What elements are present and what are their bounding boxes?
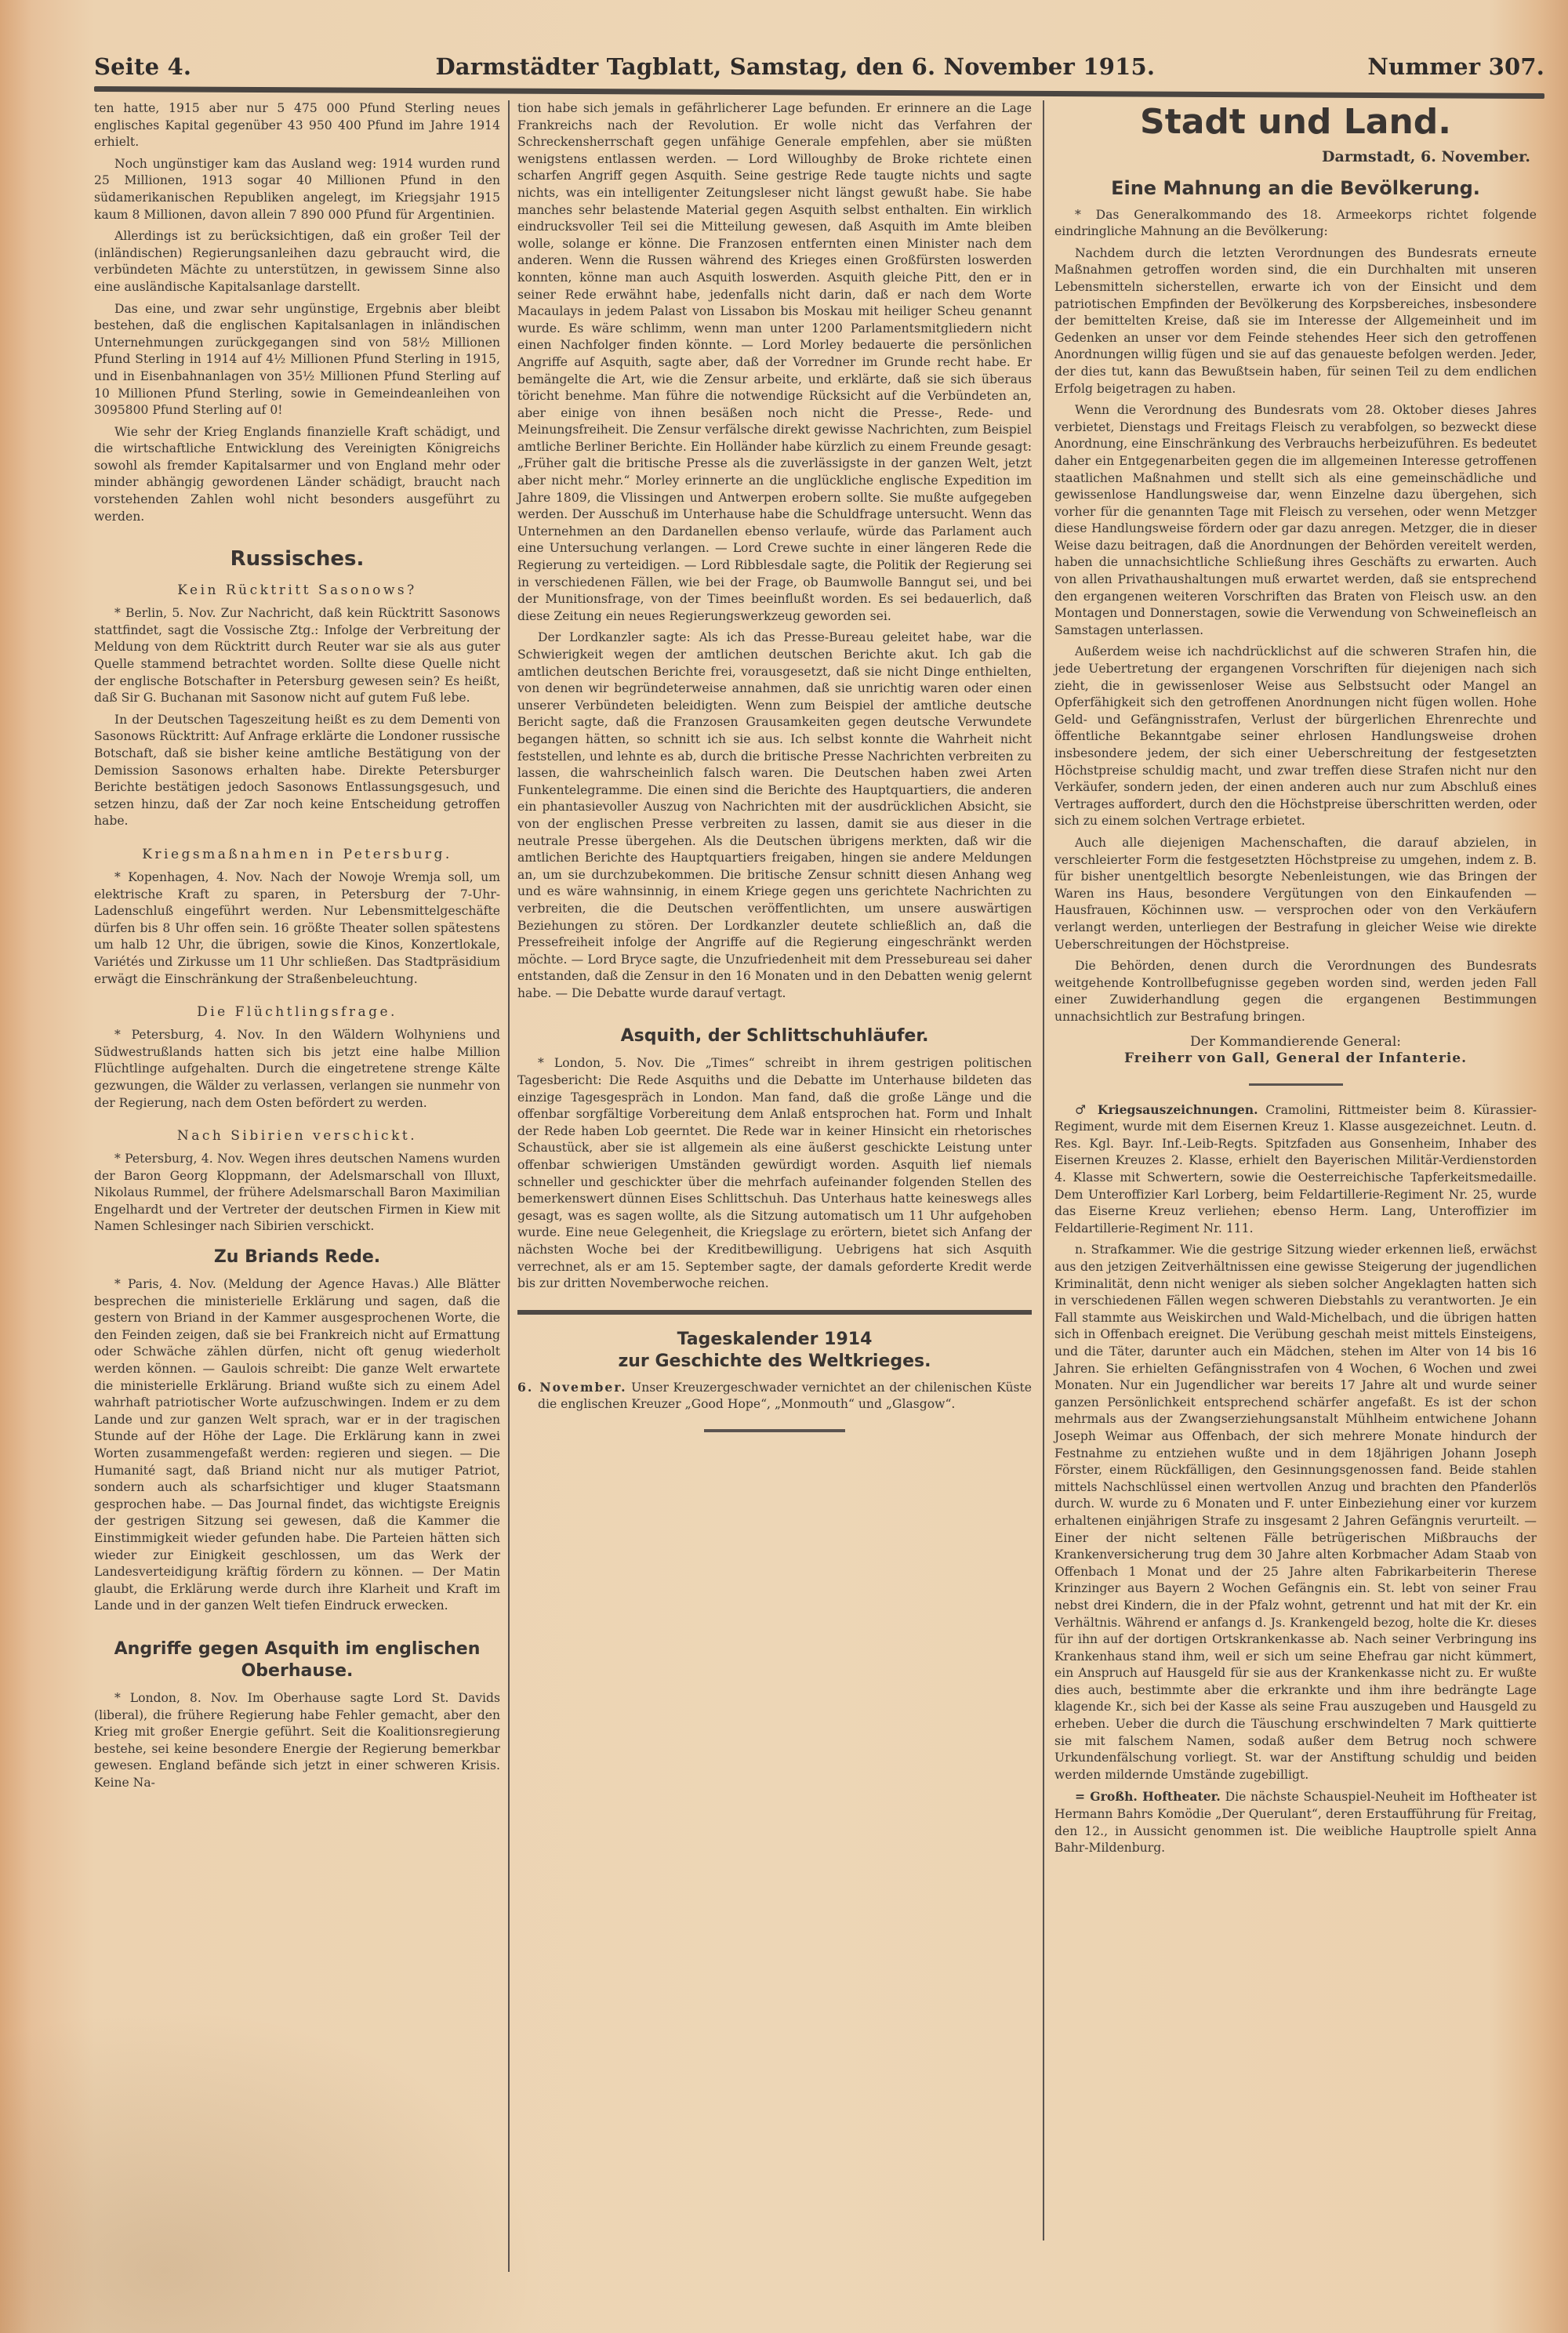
news-item-text: Cramolini, Rittmeister beim 8. Kürassier… [1054, 1103, 1537, 1235]
article-paragraph: Wie sehr der Krieg Englands finanzielle … [94, 424, 500, 526]
news-item: ♂ Kriegsauszeichnungen. Cramolini, Rittm… [1054, 1101, 1537, 1238]
article-paragraph: * Kopenhagen, 4. Nov. Nach der Nowoje Wr… [94, 869, 500, 988]
article-paragraph: Allerdings ist zu berücksichtigen, daß e… [94, 228, 500, 296]
article-paragraph: * Paris, 4. Nov. (Meldung der Agence Hav… [94, 1276, 500, 1615]
news-item-lead: n. Strafkammer. [1075, 1243, 1175, 1257]
calendar-subheading: zur Geschichte des Weltkrieges. [517, 1351, 1032, 1373]
masthead-rule [94, 86, 1544, 99]
column-2: tion habe sich jemals in gefährlicherer … [517, 100, 1032, 1448]
masthead: Seite 4. Darmstädter Tagblatt, Samstag, … [94, 31, 1544, 80]
signature-name: Freiherr von Gall, General der Infanteri… [1054, 1050, 1537, 1068]
article-paragraph: Die Behörden, denen durch die Verordnung… [1054, 958, 1537, 1025]
section-divider [517, 1310, 1032, 1315]
article-paragraph: Außerdem weise ich nachdrücklichst auf d… [1054, 644, 1537, 830]
article-paragraph: Nachdem durch die letzten Verordnungen d… [1054, 245, 1537, 397]
column-3: Stadt und Land. Darmstadt, 6. November. … [1054, 100, 1537, 1862]
section-heading-russisches: Russisches. [94, 546, 500, 572]
column-1: ten hatte, 1915 aber nur 5 475 000 Pfund… [94, 100, 500, 1797]
issue-number: Nummer 307. [1367, 53, 1544, 80]
article-paragraph: Der Lordkanzler sagte: Als ich das Press… [517, 630, 1032, 1002]
dateline: Darmstadt, 6. November. [1054, 149, 1530, 166]
end-rule [704, 1429, 845, 1432]
article-paragraph: In der Deutschen Tageszeitung heißt es z… [94, 712, 500, 830]
article-heading-mahnung: Eine Mahnung an die Bevölkerung. [1054, 177, 1537, 199]
article-paragraph: * Petersburg, 4. Nov. In den Wäldern Wol… [94, 1027, 500, 1112]
news-item: n. Strafkammer. Wie die gestrige Sitzung… [1054, 1242, 1537, 1783]
news-item: = Großh. Hoftheater. Die nächste Schausp… [1054, 1788, 1537, 1856]
news-item-lead: ♂ Kriegsauszeichnungen. [1075, 1102, 1258, 1117]
section-heading-stadt-und-land: Stadt und Land. [1054, 100, 1537, 144]
article-paragraph: tion habe sich jemals in gefährlicherer … [517, 100, 1032, 625]
article-paragraph: * Berlin, 5. Nov. Zur Nachricht, daß kei… [94, 605, 500, 707]
subheading: Nach Sibirien verschickt. [94, 1126, 500, 1146]
article-paragraph: * Das Generalkommando des 18. Armeekorps… [1054, 207, 1537, 241]
subheading: Kriegsmaßnahmen in Petersburg. [94, 844, 500, 865]
newspaper-page: Seite 4. Darmstädter Tagblatt, Samstag, … [94, 31, 1537, 2305]
subheading: Kein Rücktritt Sasonows? [94, 580, 500, 600]
section-divider [1249, 1083, 1343, 1086]
article-paragraph: * London, 8. Nov. Im Oberhause sagte Lor… [94, 1690, 500, 1792]
article-paragraph: Auch alle diejenigen Machenschaften, die… [1054, 835, 1537, 953]
signature-title: Der Kommandierende General: [1054, 1034, 1537, 1051]
article-paragraph: Wenn die Verordnung des Bundesrats vom 2… [1054, 402, 1537, 639]
newspaper-title-date: Darmstädter Tagblatt, Samstag, den 6. No… [191, 53, 1367, 80]
article-paragraph: ten hatte, 1915 aber nur 5 475 000 Pfund… [94, 100, 500, 151]
article-paragraph: Noch ungünstiger kam das Ausland weg: 19… [94, 156, 500, 223]
news-item-lead: = Großh. Hoftheater. [1075, 1789, 1221, 1804]
calendar-entry: 6. November. Unser Kreuzergeschwader ver… [517, 1379, 1032, 1413]
article-paragraph: Das eine, und zwar sehr ungünstige, Erge… [94, 301, 500, 419]
subheading: Die Flüchtlingsfrage. [94, 1002, 500, 1022]
page-number: Seite 4. [94, 53, 191, 80]
article-paragraph: * London, 5. Nov. Die „Times“ schreibt i… [517, 1055, 1032, 1292]
section-heading-angriffe: Angriffe gegen Asquith im englischen Obe… [94, 1638, 500, 1682]
calendar-date: 6. November. [517, 1380, 627, 1395]
article-paragraph: * Petersburg, 4. Nov. Wegen ihres deutsc… [94, 1151, 500, 1235]
section-heading-briand: Zu Briands Rede. [94, 1246, 500, 1268]
section-heading-asquith: Asquith, der Schlittschuhläufer. [517, 1025, 1032, 1047]
news-item-text: Wie die gestrige Sitzung wieder erkennen… [1054, 1243, 1537, 1781]
calendar-heading: Tageskalender 1914 [517, 1329, 1032, 1351]
column-divider [508, 100, 510, 2272]
column-divider [1043, 100, 1044, 2240]
